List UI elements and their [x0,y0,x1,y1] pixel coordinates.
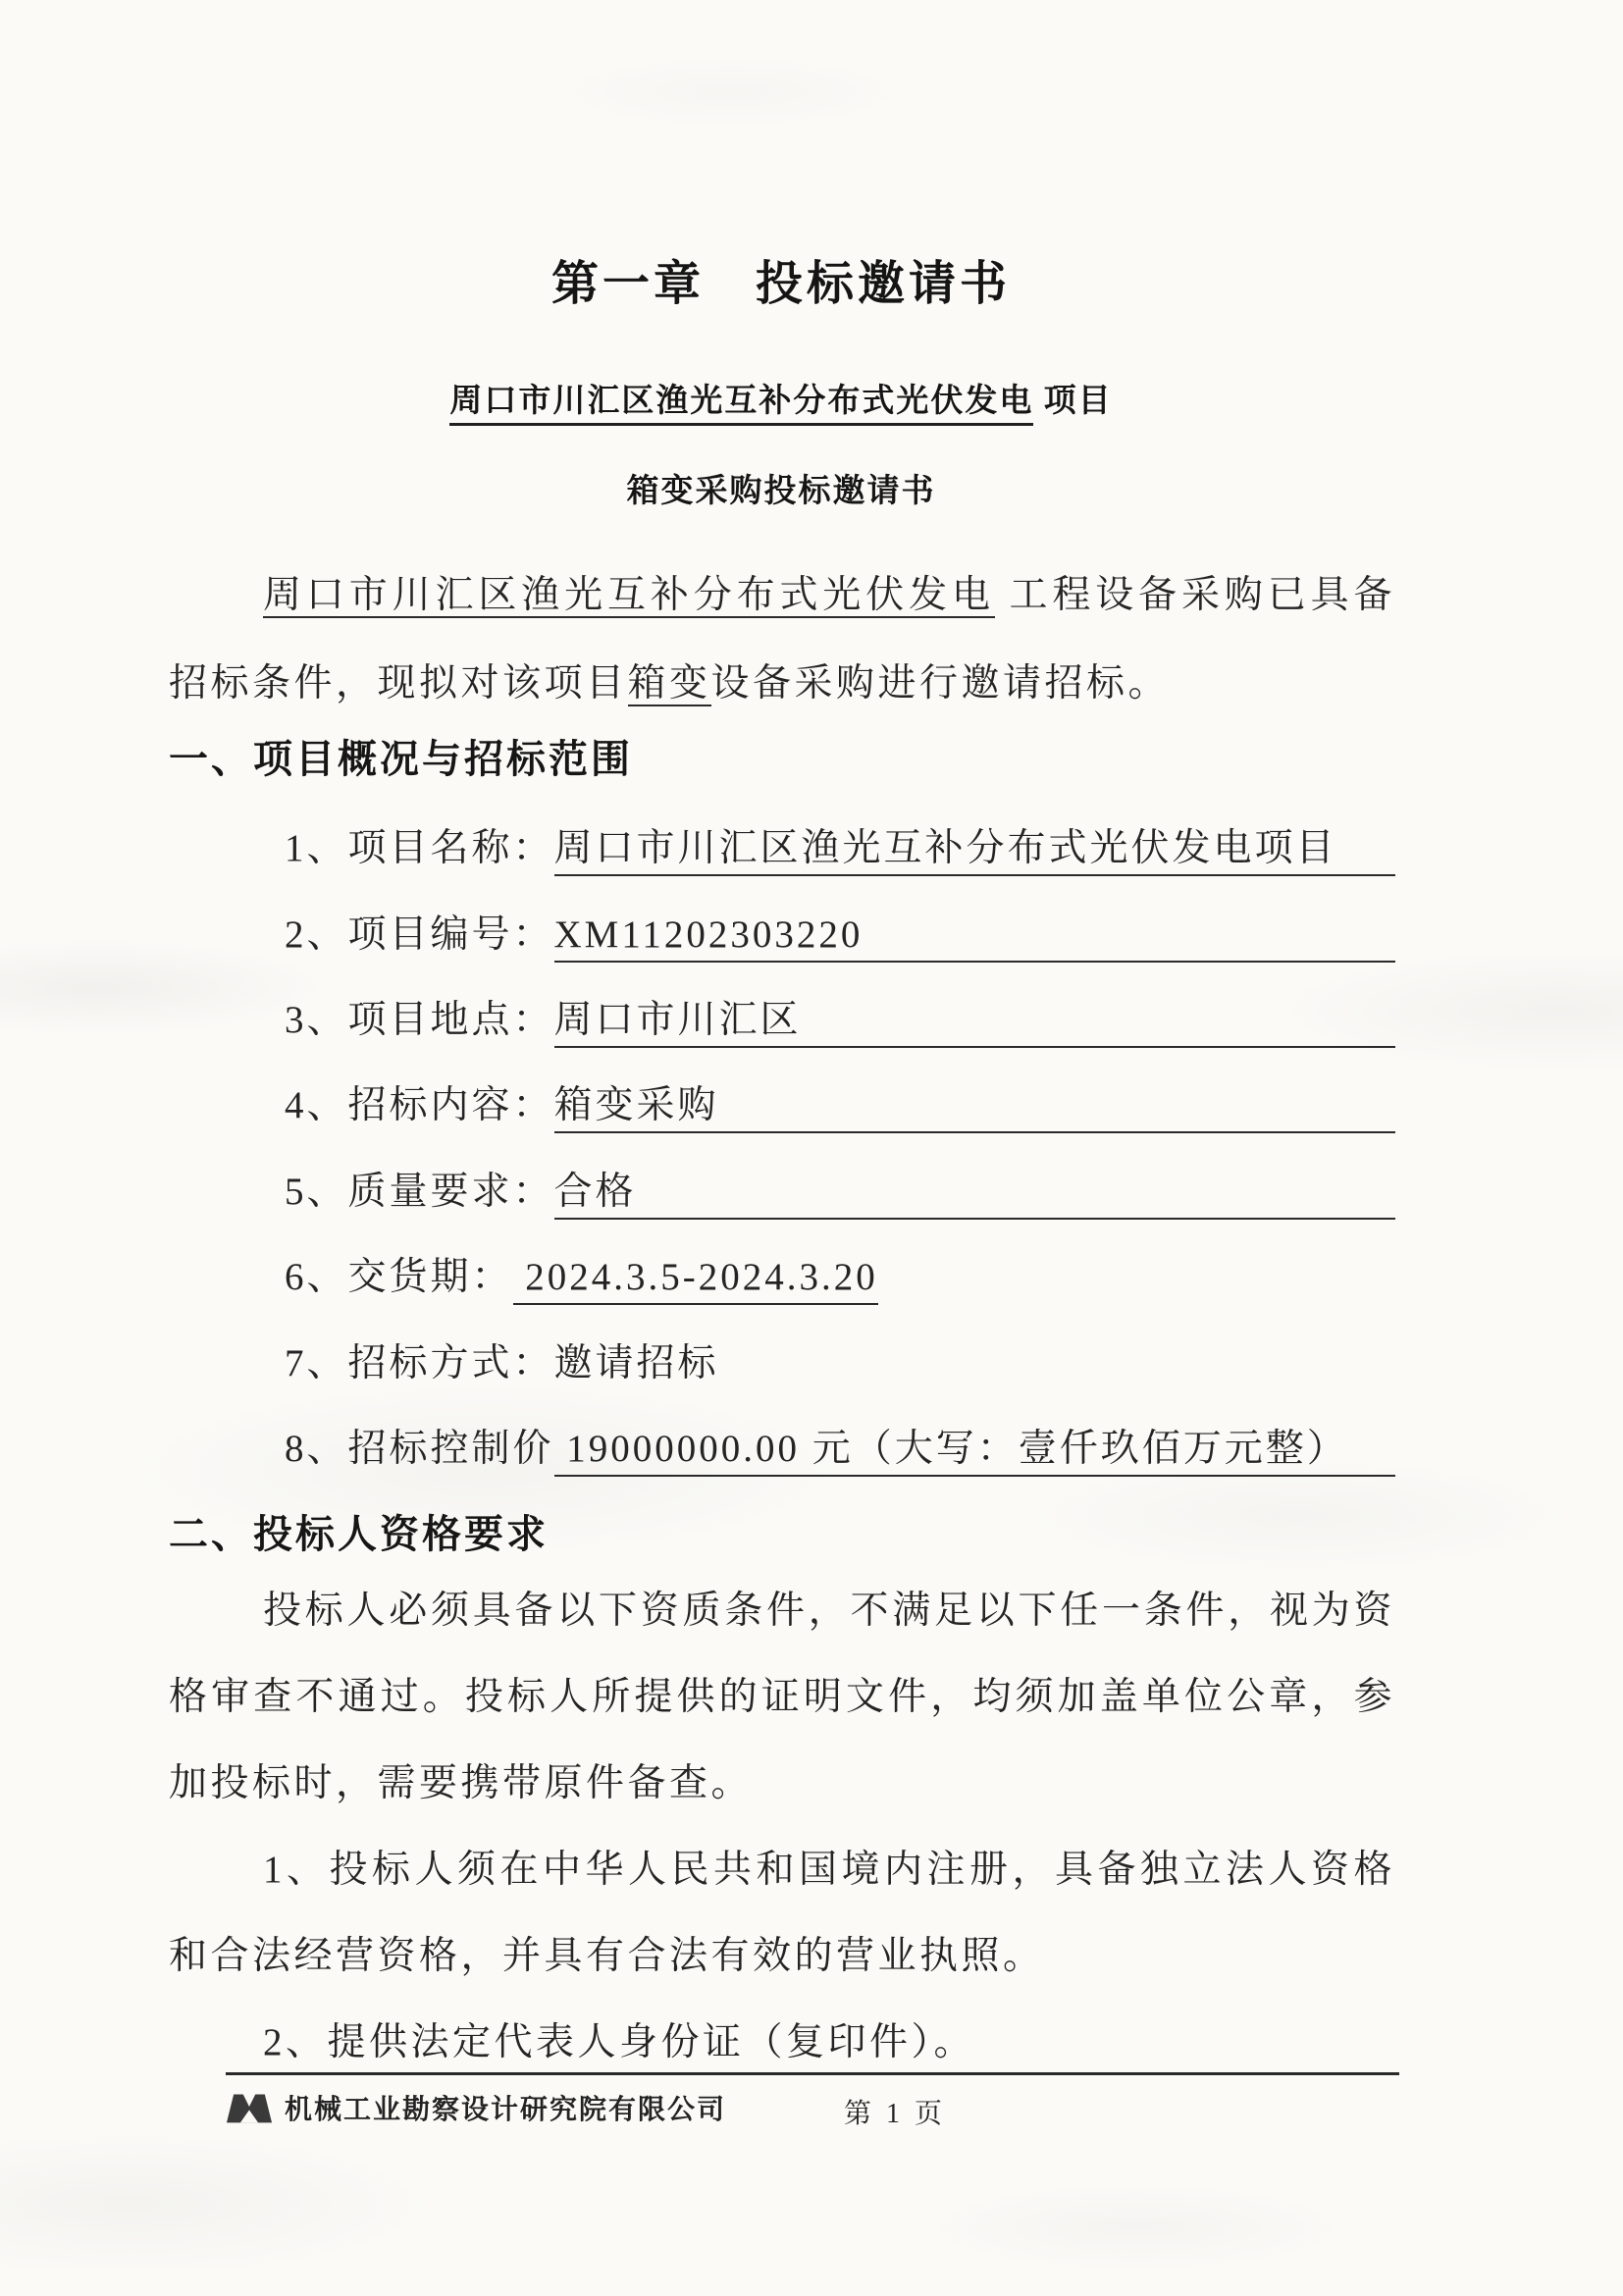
footer-divider [226,2072,1399,2075]
list-item-quality: 5、质量要求：合格 [285,1166,1395,1220]
item-label: 3、项目地点： [285,994,554,1048]
qualification-paragraph: 投标人必须具备以下资质条件，不满足以下任一条件，视为资格审查不通过。投标人所提供… [169,1568,1395,1827]
item-value: 合格 [554,1166,1395,1220]
item-value: 周口市川汇区 [554,994,1395,1048]
item-value: 周口市川汇区渔光互补分布式光伏发电项目 [554,822,1395,876]
scanned-document-page: 第一章 投标邀请书 周口市川汇区渔光互补分布式光伏发电 项目 箱变采购投标邀请书… [0,0,1623,2296]
intro-text-3: 设备采购进行邀请招标。 [711,662,1171,704]
item-value: 邀请招标 [554,1337,719,1389]
project-title-line: 周口市川汇区渔光互补分布式光伏发电 项目 [169,375,1393,421]
project-title-suffix: 项目 [1033,384,1112,419]
intro-highlight: 箱变 [628,662,711,706]
item-value: 箱变采购 [554,1079,1395,1133]
company-name: 机械工业勘察设计研究院有限公司 [285,2088,726,2127]
list-item-delivery: 6、交货期： 2024.3.5-2024.3.20 [285,1251,1395,1305]
section-heading-qualification: 二、投标人资格要求 [169,1503,1393,1559]
invitation-subtitle: 箱变采购投标邀请书 [169,465,1393,511]
project-name-underlined: 周口市川汇区渔光互补分布式光伏发电 [449,384,1033,426]
item-label: 7、招标方式： [285,1337,554,1389]
chapter-title: 第一章 投标邀请书 [169,245,1393,313]
item-value: 19000000.00 元（大写：壹仟玖佰万元整） [554,1423,1395,1477]
list-item-project-location: 3、项目地点：周口市川汇区 [285,994,1395,1048]
item-value: XM11202303220 [554,909,1395,963]
list-item-project-name: 1、项目名称：周口市川汇区渔光互补分布式光伏发电项目 [285,822,1395,876]
item-label: 4、招标内容： [285,1079,554,1133]
item-label: 8、招标控制价 [285,1423,554,1477]
section-heading-overview: 一、项目概况与招标范围 [169,728,1393,784]
company-logo-icon [226,2087,273,2128]
list-item-control-price: 8、招标控制价 19000000.00 元（大写：壹仟玖佰万元整） [285,1423,1395,1477]
list-item-project-number: 2、项目编号：XM11202303220 [285,909,1395,963]
intro-project-name: 周口市川汇区渔光互补分布式光伏发电 [263,574,995,618]
list-item-bid-content: 4、招标内容：箱变采购 [285,1079,1395,1133]
item-label: 1、项目名称： [285,822,554,876]
item-label: 5、质量要求： [285,1166,554,1220]
item-label: 2、项目编号： [285,909,554,963]
intro-text-2: 标条件，现拟对该项目 [211,662,628,704]
item-label: 6、交货期： [285,1251,513,1305]
qualification-item-1: 1、投标人须在中华人民共和国境内注册，具备独立法人资格和合法经营资格，并具有合法… [169,1827,1395,2000]
page-number: 第 1 页 [844,2092,946,2131]
intro-paragraph: 周口市川汇区渔光互补分布式光伏发电 工程设备采购已具备招标条件，现拟对该项目箱变… [169,551,1395,728]
list-item-bid-method: 7、招标方式：邀请招标 [285,1337,1395,1389]
footer: 机械工业勘察设计研究院有限公司 第 1 页 [226,2082,1399,2133]
item-value: 2024.3.5-2024.3.20 [513,1251,878,1305]
